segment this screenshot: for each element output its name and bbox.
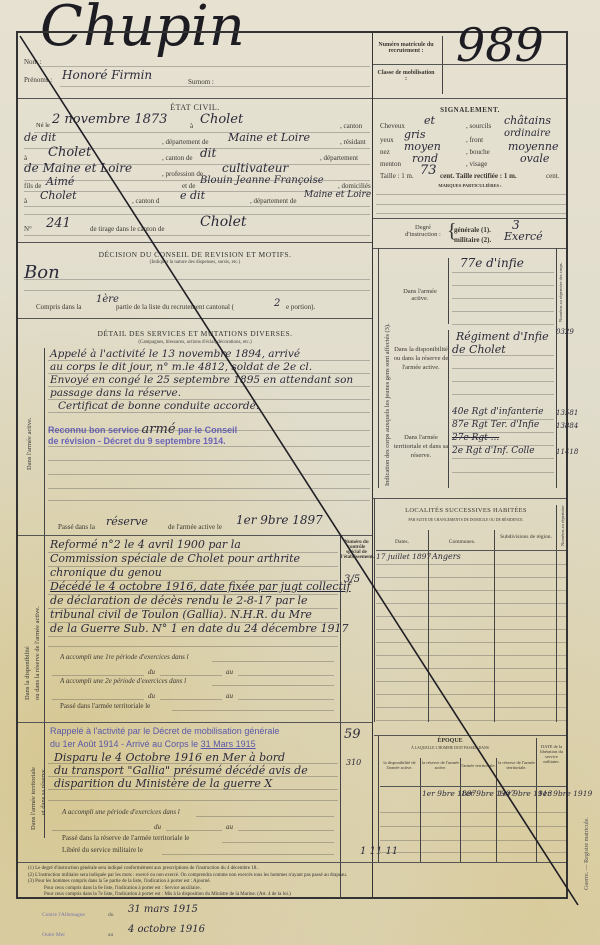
diagonal-cancel-line bbox=[0, 0, 600, 945]
document-page: Chupin Nom : Prénoms : Honoré Firmin Sur… bbox=[0, 0, 600, 945]
